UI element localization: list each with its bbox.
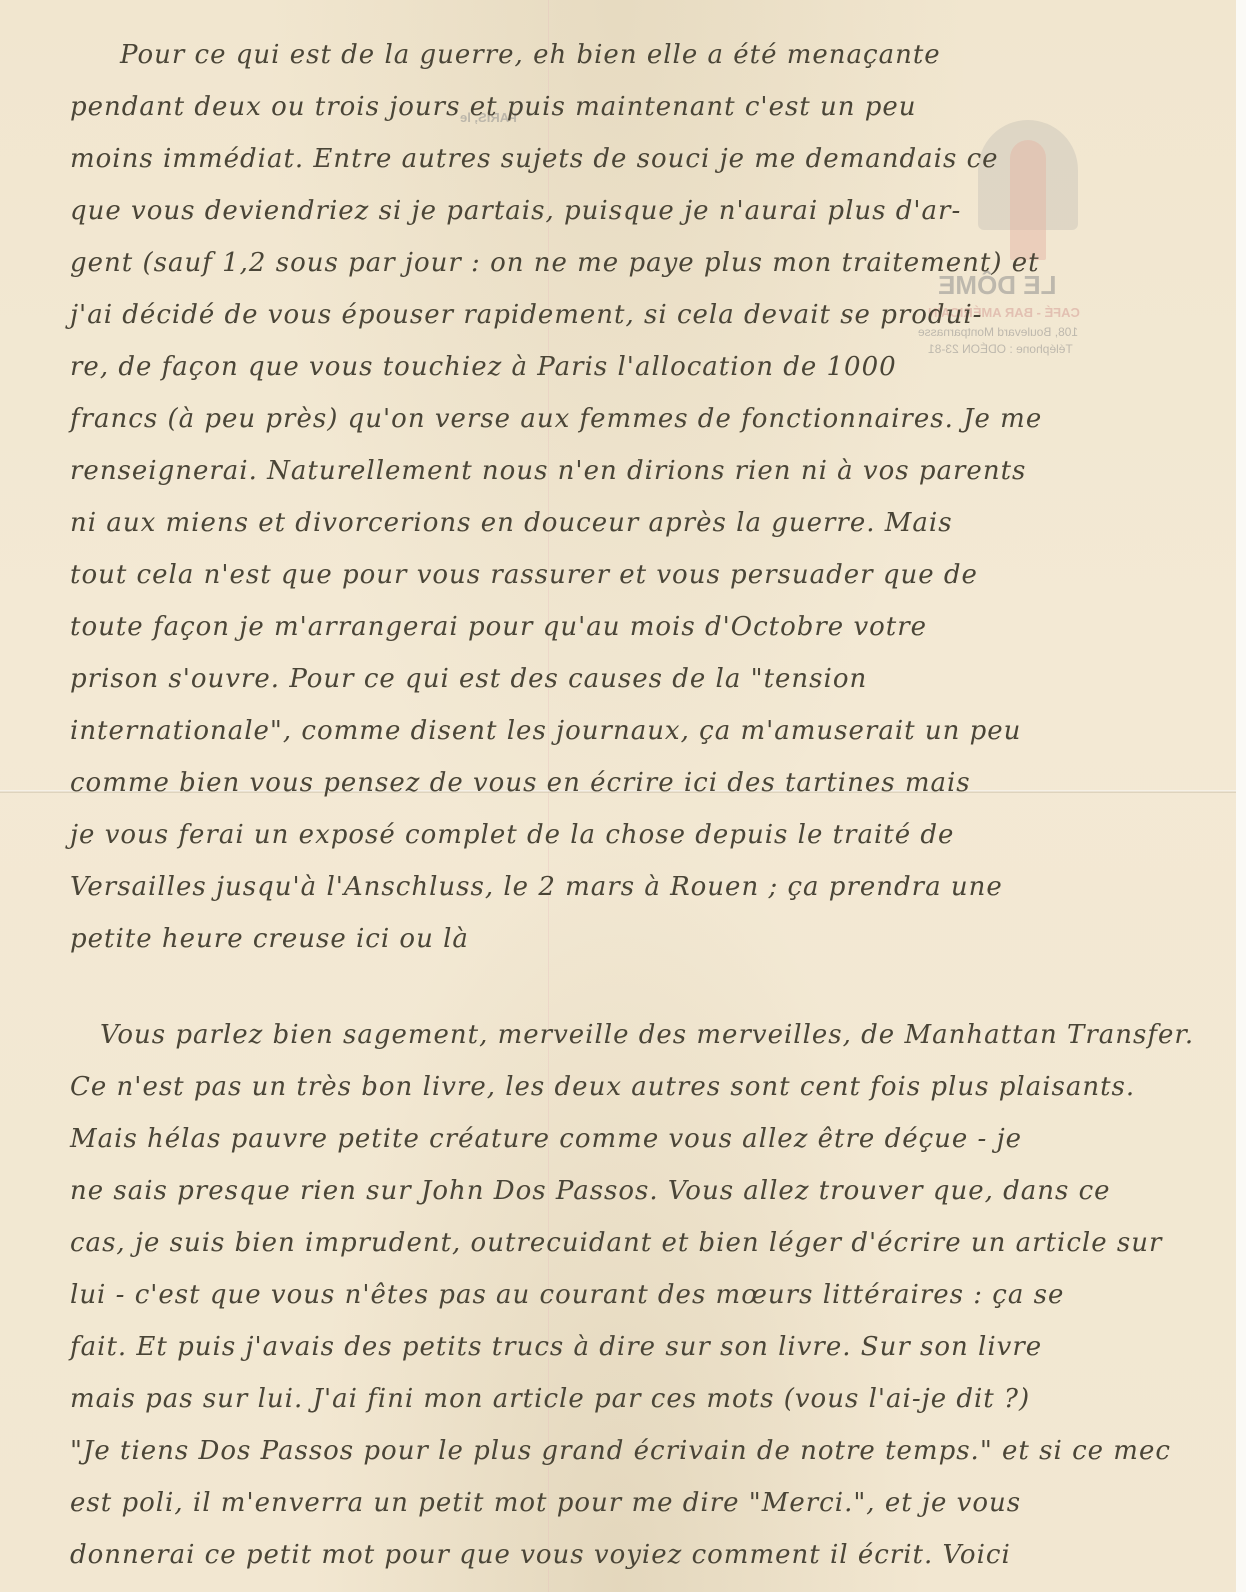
letter-line: re, de façon que vous touchiez à Paris l…	[70, 352, 897, 382]
letterhead-phone: Téléphone : ODÉON 23-81	[928, 342, 1073, 356]
letter-line: lui - c'est que vous n'êtes pas au coura…	[70, 1280, 1064, 1310]
letter-line: Ce n'est pas un très bon livre, les deux…	[70, 1072, 1135, 1102]
letter-line: ni aux miens et divorcerions en douceur …	[70, 508, 953, 538]
letter-line: ne sais presque rien sur John Dos Passos…	[70, 1176, 1111, 1206]
letter-line: petite heure creuse ici ou là	[70, 924, 469, 954]
letter-line: toute façon je m'arrangerai pour qu'au m…	[70, 612, 927, 642]
page-edge	[1236, 0, 1246, 1592]
letter-line: Versailles jusqu'à l'Anschluss, le 2 mar…	[70, 872, 1003, 902]
letter-line: mais pas sur lui. J'ai fini mon article …	[70, 1384, 1030, 1414]
pillar-emblem-icon	[1010, 140, 1046, 260]
letter-line: tout cela n'est que pour vous rassurer e…	[70, 560, 978, 590]
letter-line: Vous parlez bien sagement, merveille des…	[100, 1020, 1194, 1050]
letter-line: Mais hélas pauvre petite créature comme …	[70, 1124, 1022, 1154]
letter-line: que vous deviendriez si je partais, puis…	[70, 196, 961, 226]
letter-line: pendant deux ou trois jours et puis main…	[70, 92, 917, 122]
letter-line: renseignerai. Naturellement nous n'en di…	[70, 456, 1026, 486]
letter-line: j'ai décidé de vous épouser rapidement, …	[70, 300, 982, 330]
dome-emblem-icon	[978, 120, 1078, 230]
letter-line: internationale", comme disent les journa…	[70, 716, 1021, 746]
letter-line: je vous ferai un exposé complet de la ch…	[70, 820, 954, 850]
letter-line: Pour ce qui est de la guerre, eh bien el…	[120, 40, 941, 70]
letter-line: moins immédiat. Entre autres sujets de s…	[70, 144, 999, 174]
letter-line: prison s'ouvre. Pour ce qui est des caus…	[70, 664, 867, 694]
letter-line: donnerai ce petit mot pour que vous voyi…	[70, 1540, 1011, 1570]
letter-page: PARIS, le LE DÔME CAFÉ - BAR AMÉRICAIN 1…	[0, 0, 1236, 1592]
letter-line: francs (à peu près) qu'on verse aux femm…	[70, 404, 1042, 434]
letter-line: "Je tiens Dos Passos pour le plus grand …	[70, 1436, 1171, 1466]
letter-line: cas, je suis bien imprudent, outrecuidan…	[70, 1228, 1162, 1258]
letter-line: fait. Et puis j'avais des petits trucs à…	[70, 1332, 1042, 1362]
letter-line: comme bien vous pensez de vous en écrire…	[70, 768, 971, 798]
letter-line: est poli, il m'enverra un petit mot pour…	[70, 1488, 1021, 1518]
letter-line: gent (sauf 1,2 sous par jour : on ne me …	[70, 248, 1040, 278]
